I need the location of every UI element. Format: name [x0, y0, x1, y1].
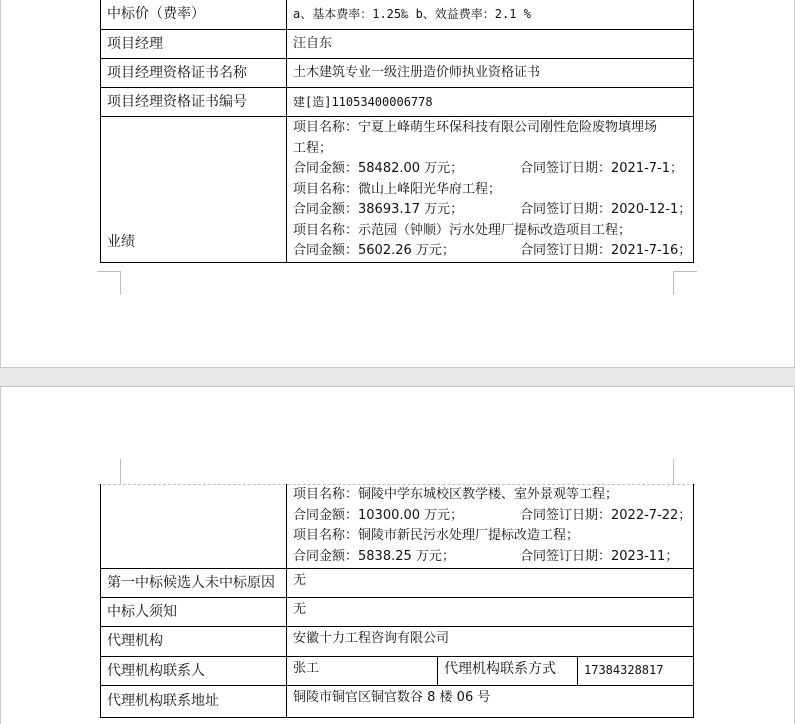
- table-row: 代理机构 安徽十力工程咨询有限公司: [101, 626, 694, 656]
- margin-corner-bottom-right: [673, 271, 697, 295]
- margin-corner-bottom-left: [97, 271, 121, 295]
- table-row: 中标价（费率） a、基本费率：1.25‰ b、效益费率：2.1 %: [101, 0, 694, 30]
- margin-corner-top-left: [97, 459, 121, 484]
- row-label: 项目经理资格证书编号: [101, 88, 287, 117]
- certificate-name-value: 土木建筑专业一级注册造价师执业资格证书: [287, 59, 694, 88]
- row-label: 代理机构联系地址: [101, 685, 287, 717]
- bid-price-value: a、基本费率：1.25‰ b、效益费率：2.1 %: [287, 0, 694, 30]
- margin-corner-top-right: [673, 459, 697, 484]
- performance-line: 工程；: [293, 139, 687, 160]
- performance-line: 项目名称：宁夏上峰萌生环保科技有限公司刚性危险废物填埋场: [293, 118, 687, 139]
- performance-line: 合同金额：38693.17 万元；合同签订日期：2020-12-1；: [293, 200, 687, 221]
- agency-address-value: 铜陵市铜官区铜官数谷 8 楼 06 号: [287, 685, 694, 717]
- performance-line: 项目名称：示范园（钟顺）污水处理厂提标改造项目工程；: [293, 221, 687, 242]
- row-label: 第一中标候选人未中标原因: [101, 568, 287, 597]
- row-label: 项目经理资格证书名称: [101, 59, 287, 88]
- performance-continued-value: 项目名称：铜陵中学东城校区教学楼、室外景观等工程； 合同金额：10300.00 …: [287, 484, 694, 568]
- agency-value: 安徽十力工程咨询有限公司: [287, 626, 694, 656]
- performance-line: 项目名称：微山上峰阳光华府工程；: [293, 180, 687, 201]
- bid-result-table-part2: 项目名称：铜陵中学东城校区教学楼、室外景观等工程； 合同金额：10300.00 …: [100, 484, 694, 718]
- row-label-empty: [101, 484, 287, 568]
- row-label: 业绩: [101, 117, 287, 263]
- not-selected-reason-value: 无: [287, 568, 694, 597]
- row-label: 项目经理: [101, 30, 287, 59]
- table-row: 代理机构联系地址 铜陵市铜官区铜官数谷 8 楼 06 号: [101, 685, 694, 717]
- bidder-notice-value: 无: [287, 597, 694, 626]
- agency-contact-value: 张工: [287, 656, 438, 685]
- table-row: 第一中标候选人未中标原因 无: [101, 568, 694, 597]
- table-row: 项目经理资格证书编号 建[造]11053400006778: [101, 88, 694, 117]
- certificate-number-value: 建[造]11053400006778: [287, 88, 694, 117]
- row-label: 中标人须知: [101, 597, 287, 626]
- performance-line: 合同金额：58482.00 万元；合同签订日期：2021-7-1；: [293, 159, 687, 180]
- row-label: 代理机构联系人: [101, 656, 287, 685]
- performance-line: 合同金额：5602.26 万元；合同签订日期：2021-7-16；: [293, 241, 687, 262]
- table-row: 项目经理资格证书名称 土木建筑专业一级注册造价师执业资格证书: [101, 59, 694, 88]
- table-row: 中标人须知 无: [101, 597, 694, 626]
- page-gap: [0, 368, 795, 386]
- bid-result-table-part1: 中标价（费率） a、基本费率：1.25‰ b、效益费率：2.1 % 项目经理 汪…: [100, 0, 694, 263]
- performance-line: 合同金额：5838.25 万元；合同签订日期：2023-11；: [293, 547, 687, 568]
- performance-line: 合同金额：10300.00 万元；合同签订日期：2022-7-22；: [293, 506, 687, 527]
- row-label: 代理机构: [101, 626, 287, 656]
- table-row: 项目经理 汪自东: [101, 30, 694, 59]
- table-row: 业绩 项目名称：宁夏上峰萌生环保科技有限公司刚性危险废物填埋场 工程； 合同金额…: [101, 117, 694, 263]
- project-manager-value: 汪自东: [287, 30, 694, 59]
- table-row: 项目名称：铜陵中学东城校区教学楼、室外景观等工程； 合同金额：10300.00 …: [101, 484, 694, 568]
- performance-value: 项目名称：宁夏上峰萌生环保科技有限公司刚性危险废物填埋场 工程； 合同金额：58…: [287, 117, 694, 263]
- row-label: 中标价（费率）: [101, 0, 287, 30]
- performance-line: 项目名称：铜陵中学东城校区教学楼、室外景观等工程；: [293, 485, 687, 506]
- performance-line: 项目名称：铜陵市新民污水处理厂提标改造工程；: [293, 526, 687, 547]
- row-label: 代理机构联系方式: [438, 656, 578, 685]
- agency-phone-value: 17384328817: [578, 656, 694, 685]
- table-row: 代理机构联系人 张工 代理机构联系方式 17384328817: [101, 656, 694, 685]
